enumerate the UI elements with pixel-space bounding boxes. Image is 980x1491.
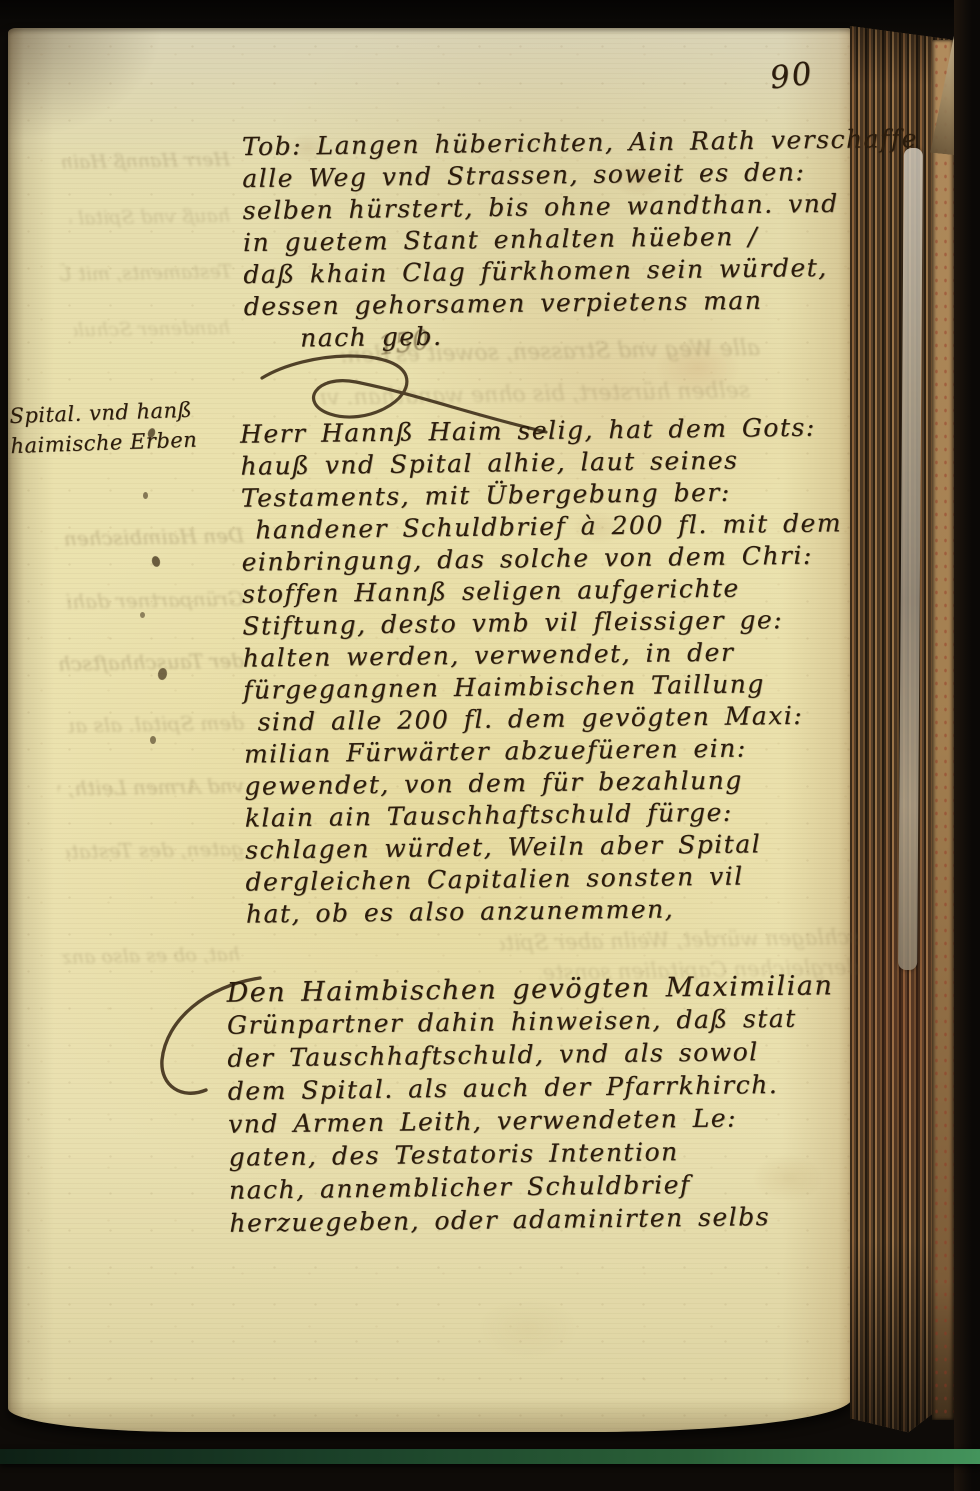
bleed-through-text: der Tauschhaftschuld, vnd als sowol: [56, 648, 244, 675]
paragraph-2: Herr Hannß Haim selig, hat dem Gots: hau…: [240, 412, 847, 931]
ink-blot: [143, 492, 148, 499]
bleed-through-text: Testaments, mit Übergebung ber:: [60, 261, 232, 286]
manuscript-scan: Herr Hannß Haim selig, hat dem Gots: hau…: [0, 0, 980, 1491]
folio-number: 90: [768, 55, 816, 96]
ink-blot: [150, 736, 156, 744]
bleed-through-text: Den Haimbischen gevögten Maximilian: [56, 523, 244, 550]
paragraph-3: Den Haimbischen gevögten Maximilian Grün…: [226, 970, 836, 1241]
bleed-through-text: vnd Armen Leith, verwendeten Le:: [58, 773, 244, 800]
page-block-edge: [932, 40, 954, 1420]
bleed-through-text: handener Schuldbrief à 200 fl. mit dem: [74, 317, 230, 342]
paragraph-1: Tob: Langen hüberichten, Ain Rath versch…: [242, 124, 921, 356]
bleed-through-text: Grünpartner dahin hinweisen, daß stat: [64, 586, 244, 613]
ink-blot: [140, 612, 145, 618]
bleed-through-text: gaten, des Testatoris Intention: [66, 836, 244, 863]
bleed-through-text: dem Spital. als auch der Pfarrkhirch.: [68, 710, 244, 737]
bleed-through-text: hauß vnd Spital alhie, laut seines: [70, 205, 230, 230]
background-shadow: [954, 0, 980, 1491]
scanner-bed-stripe: [0, 1449, 980, 1464]
bleed-through-text: hat, ob es also anzunemmen,: [60, 943, 240, 968]
bleed-through-text: Herr Hannß Haim selig, hat dem Gots:: [62, 149, 230, 174]
margin-annotation: Spital. vnd hanß haimische Erben: [9, 396, 246, 464]
